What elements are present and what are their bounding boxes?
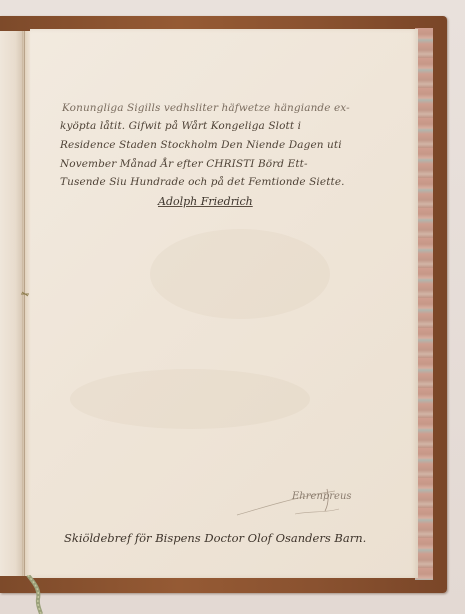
body-line-3: Residence Staden Stockholm Den Niende Da… [60, 139, 342, 151]
manuscript-page: Konungliga Sigills vedhsliter häfwetze h… [30, 29, 418, 578]
paper-stain [70, 369, 310, 429]
binding-thread-icon [21, 291, 29, 297]
scan-scene: Konungliga Sigills vedhsliter häfwetze h… [0, 0, 465, 614]
body-line-4: November Månad År efter CHRISTI Börd Ett… [60, 158, 308, 170]
body-line-1: Konungliga Sigills vedhsliter häfwetze h… [62, 102, 350, 114]
gutter-fold-line [24, 31, 25, 576]
left-page-edge [0, 31, 22, 576]
body-line-2: kyöpta låtit. Gifwit på Wårt Kongeliga S… [60, 120, 301, 132]
paper-stain [150, 229, 330, 319]
royal-signature: Adolph Friedrich [158, 195, 253, 208]
endorsement-title: Skiöldebref för Bispens Doctor Olof Osan… [64, 531, 366, 545]
green-tie-cord-icon [26, 575, 48, 614]
countersignature: Ehrenpreus [292, 491, 352, 502]
body-line-5: Tusende Siu Hundrade och på det Femtiond… [60, 176, 345, 188]
